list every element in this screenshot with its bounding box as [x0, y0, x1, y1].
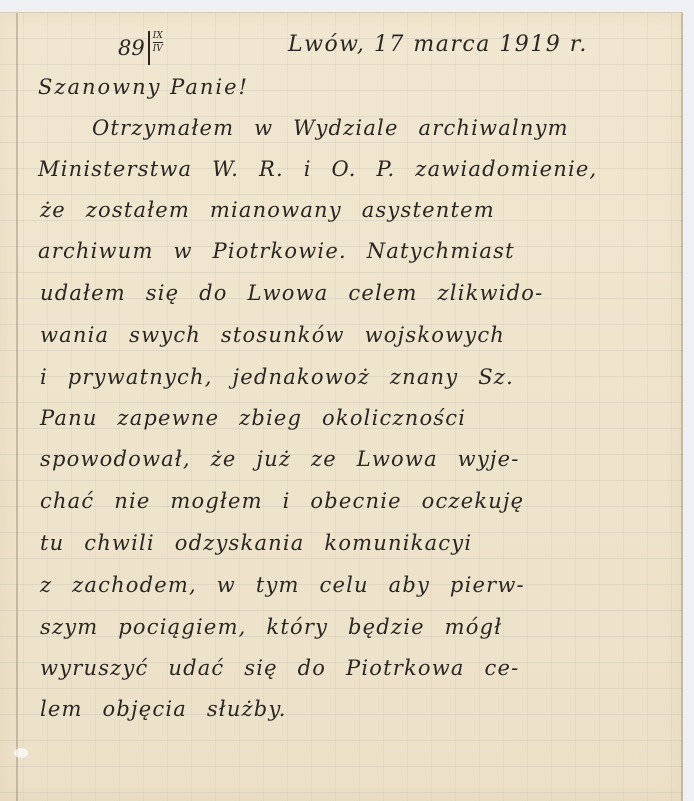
letter-page: 89 IX IV Lwów, 17 marca 1919 r. Szanowny…: [0, 12, 683, 800]
body-line: Otrzymałem w Wydziale archiwalnym: [92, 116, 569, 140]
salutation: Szanowny Panie!: [38, 75, 249, 99]
body-line: spowodował, że już ze Lwowa wyje-: [40, 447, 520, 471]
body-line: lem objęcia służby.: [40, 697, 287, 721]
dateline: Lwów, 17 marca 1919 r.: [288, 32, 588, 57]
page-edge: [681, 13, 683, 800]
body-line: z zachodem, w tym celu aby pierw-: [40, 573, 525, 597]
paper-damage-spot: [14, 748, 28, 758]
archive-number: 89: [118, 36, 145, 60]
body-line: Panu zapewne zbieg okoliczności: [40, 406, 466, 430]
body-line: wyruszyć udać się do Piotrkowa ce-: [40, 656, 519, 680]
body-line: i prywatnych, jednakowoż znany Sz.: [40, 365, 514, 389]
archive-reference: 89 IX IV: [118, 31, 163, 65]
body-line: tu chwili odzyskania komunikacyi: [40, 531, 472, 555]
body-line: archiwum w Piotrkowie. Natychmiast: [38, 239, 515, 263]
body-line: szym pociągiem, który będzie mógł: [40, 615, 502, 639]
archive-fraction: IX IV: [148, 31, 163, 65]
body-line: chać nie mogłem i obecnie oczekuję: [40, 489, 524, 513]
archive-fraction-top: IX: [153, 31, 163, 42]
archive-fraction-bottom: IV: [153, 42, 163, 55]
body-line: że zostałem mianowany asystentem: [40, 198, 495, 222]
left-margin-rule: [16, 13, 18, 800]
body-line: Ministerstwa W. R. i O. P. zawiadomienie…: [38, 157, 597, 181]
body-line: wania swych stosunków wojskowych: [40, 323, 505, 347]
body-line: udałem się do Lwowa celem zlikwido-: [40, 281, 543, 305]
